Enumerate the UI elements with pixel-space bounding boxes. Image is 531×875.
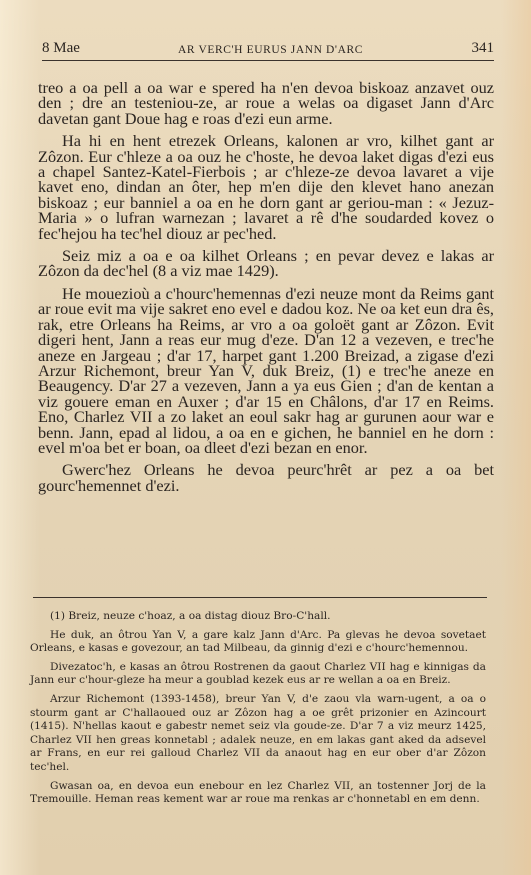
footnote: Divezatoc'h, e kasas an ôtrou Rostrenen … xyxy=(30,661,486,688)
main-text: treo a oa pell a oa war e spered ha n'en… xyxy=(38,80,494,500)
running-header: 8 Mae AR VERC'H EURUS JANN D'ARC 341 xyxy=(42,38,494,61)
paragraph: Seiz miz a oa e oa kilhet Orleans ; en p… xyxy=(38,248,494,279)
paragraph: He mouezioù a c'hourc'hemennas d'ezi neu… xyxy=(38,286,494,455)
paragraph: treo a oa pell a oa war e spered ha n'en… xyxy=(38,80,494,126)
book-page: 8 Mae AR VERC'H EURUS JANN D'ARC 341 tre… xyxy=(0,0,531,875)
page-number: 341 xyxy=(472,40,495,57)
footnote-divider xyxy=(33,597,487,598)
header-title: AR VERC'H EURUS JANN D'ARC xyxy=(178,44,363,56)
footnote: Arzur Richemont (1393-1458), breur Yan V… xyxy=(30,693,486,775)
footnotes: (1) Breiz, neuze c'hoaz, a oa distag dio… xyxy=(30,610,486,812)
footnote: He duk, an ôtrou Yan V, a gare kalz Jann… xyxy=(30,629,486,656)
paragraph: Gwerc'hez Orleans he devoa peurc'hrêt ar… xyxy=(38,462,494,493)
header-date: 8 Mae xyxy=(42,40,80,57)
footnote: Gwasan oa, en devoa eun enebour en lez C… xyxy=(30,780,486,807)
paragraph: Ha hi en hent etrezek Orleans, kalonen a… xyxy=(38,133,494,241)
footnote: (1) Breiz, neuze c'hoaz, a oa distag dio… xyxy=(30,610,486,624)
